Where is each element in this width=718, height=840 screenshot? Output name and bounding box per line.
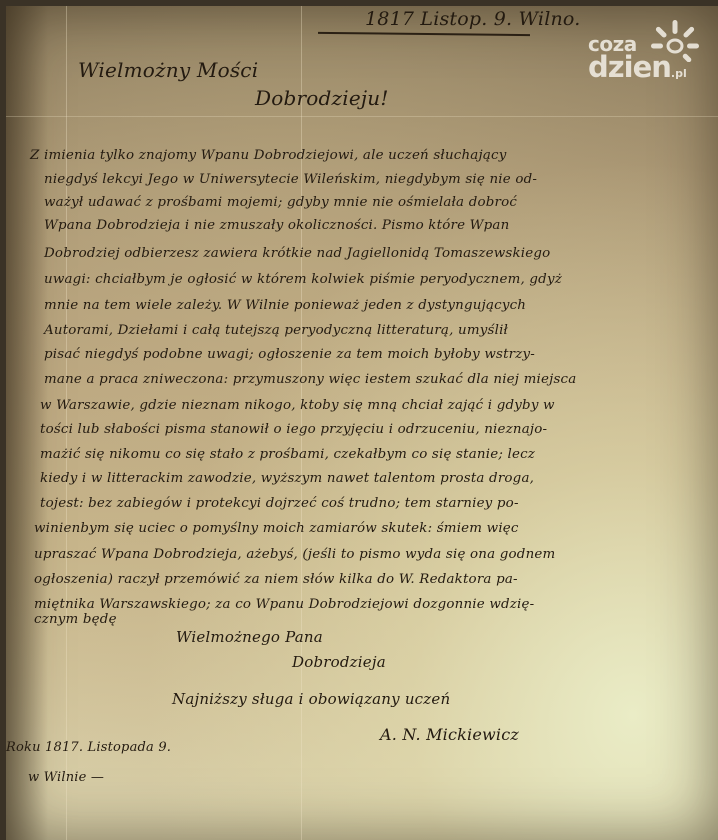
body-line: mnie na tem wiele zależy. W Wilnie ponie… (44, 298, 526, 313)
body-line: Wpana Dobrodzieja i nie zmuszały okolicz… (44, 218, 509, 233)
body-line: uwagi: chciałbym je ogłosić w którem kol… (44, 272, 562, 287)
body-line: upraszać Wpana Dobrodzieja, ażebyś, (jeś… (34, 547, 555, 562)
body-line: cznym będę (34, 612, 117, 627)
body-line: winienbym się uciec o pomyślny moich zam… (34, 521, 519, 536)
signature: A. N. Mickiewicz (380, 725, 519, 744)
body-line: Dobrodziej odbierzesz zawiera krótkie na… (44, 246, 550, 261)
closing-line-1: Wielmożnego Pana (176, 628, 323, 646)
footer-place: w Wilnie — (28, 770, 104, 785)
body-line: tojest: bez zabiegów i protekcyi dojrzeć… (40, 496, 519, 511)
footer-date: Roku 1817. Listopada 9. (6, 740, 171, 755)
closing-line-3: Najniższy sługa i obowiązany uczeń (172, 690, 450, 708)
body-line: Z imienia tylko znajomy Wpanu Dobrodziej… (30, 148, 507, 163)
body-line: w Warszawie, gdzie nieznam nikogo, ktoby… (40, 398, 555, 413)
closing-line-2: Dobrodzieja (292, 653, 386, 671)
fold-line (6, 116, 718, 117)
salutation-line-2: Dobrodzieju! (255, 86, 389, 110)
body-line: niegdyś lekcyi Jego w Uniwersytecie Wile… (44, 172, 537, 187)
salutation-line-1: Wielmożny Mości (78, 58, 258, 82)
body-line: pisać niegdyś podobne uwagi; ogłoszenie … (44, 347, 535, 362)
body-line: tości lub słabości pisma stanowił o iego… (40, 422, 547, 437)
body-line: kiedy i w litterackim zawodzie, wyższym … (40, 471, 534, 486)
body-line: ogłoszenia) raczył przemówić za niem słó… (34, 572, 518, 587)
body-line: miętnika Warszawskiego; za co Wpanu Dobr… (34, 597, 534, 612)
logo-text-tld: .pl (671, 67, 687, 80)
body-line: mażić się nikomu co się stało z prośbami… (40, 447, 535, 462)
body-line: mane a praca zniweczona: przymuszony wię… (44, 372, 576, 387)
watermark-logo: coza dzien.pl (588, 22, 704, 84)
body-line: ważył udawać z prośbami mojemi; gdyby mn… (44, 195, 517, 210)
header-date: 1817 Listop. 9. Wilno. (365, 8, 580, 30)
body-line: Autorami, Dziełami i całą tutejszą peryo… (44, 323, 508, 338)
sun-icon (650, 18, 700, 62)
